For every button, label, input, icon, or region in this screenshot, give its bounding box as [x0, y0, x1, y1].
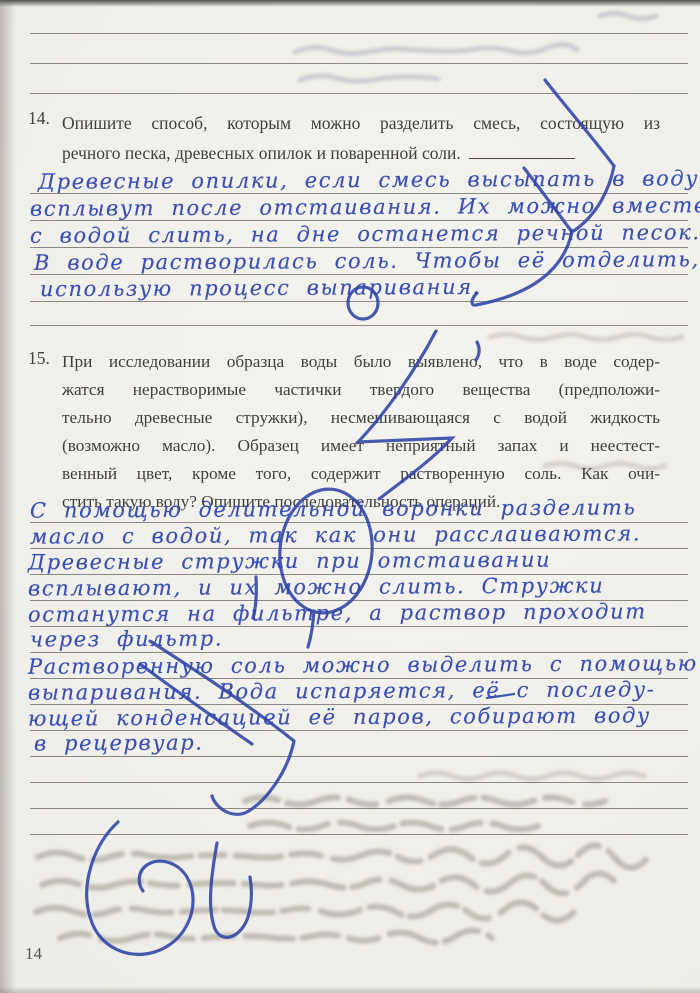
scan-edge-left [0, 0, 16, 993]
answer-14-handwriting-line: с водой слить, на дне останется речной п… [30, 220, 700, 249]
rule-line [30, 63, 688, 64]
answer-15-handwriting-line: Растворенную соль можно выделить с помощ… [28, 651, 698, 680]
question-14-line: речного песка, древесных опилок и поваре… [62, 138, 660, 168]
answer-15-handwriting-line: останутся на фильтре, а раствор проходит [28, 599, 647, 627]
page-number: 14 [25, 944, 42, 964]
rule-line [30, 834, 688, 835]
answer-15-handwriting-line: в рецервуар. [34, 731, 204, 757]
scan-edge-bottom [0, 986, 700, 993]
notebook-page: 14. Опишите способ, которым можно раздел… [0, 0, 700, 993]
rule-line [30, 33, 688, 34]
blank-answer-line [469, 156, 575, 159]
answer-15-handwriting-line: ющей конденсацией её паров, собирают вод… [28, 703, 651, 731]
rule-line [30, 782, 688, 783]
flourish-hook [211, 843, 252, 937]
rule-line [30, 325, 688, 326]
rule-line [30, 93, 688, 94]
question-14-number: 14. [28, 108, 50, 129]
answer-15-handwriting-line: масло с водой, так как они расслаиваются… [30, 521, 641, 549]
question-15-line: тельно древесные стружки), несмешивающая… [62, 404, 660, 432]
answer-14-handwriting-line: Древесные опилки, если смесь высыпать в … [38, 166, 700, 195]
flourish-loop [87, 822, 193, 954]
question-15-line: При исследовании образца воды было выявл… [62, 348, 660, 376]
question-15-line: жатся нерастворимые частички твердого ве… [62, 376, 660, 404]
answer-14-handwriting-line: В воде растворилась соль. Чтобы её отдел… [34, 247, 700, 275]
answer-14-handwriting-line: использую процесс выпаривания. [40, 275, 481, 302]
question-15-line: венный цвет, кроме того, содержит раство… [62, 460, 660, 488]
question-14-text: Опишите способ, которым можно разделить … [62, 108, 660, 168]
answer-15-handwriting-line: Древесные стружки при отстаивании [28, 548, 551, 576]
answer-15-handwriting-line: всплывают, и их можно слить. Стружки [28, 573, 604, 601]
scan-edge-top [0, 0, 700, 7]
rule-line [30, 808, 688, 809]
question-15-number: 15. [28, 348, 50, 369]
answer-15-handwriting-line: С помощью делительной воронки разделить [30, 495, 636, 523]
answer-14-handwriting-line: всплывут после отстаивания. Их можно вме… [30, 193, 700, 222]
rule-line [30, 756, 688, 757]
answer-15-handwriting-line: через фильтр. [30, 626, 223, 652]
question-15-line: (возможно масло). Образец имеет неприятн… [62, 432, 660, 460]
answer-15-handwriting-line: выпаривания. Вода испаряется, её с после… [28, 677, 656, 705]
question-14-line: Опишите способ, которым можно разделить … [62, 108, 660, 138]
question-15-text: При исследовании образца воды было выявл… [62, 348, 660, 516]
